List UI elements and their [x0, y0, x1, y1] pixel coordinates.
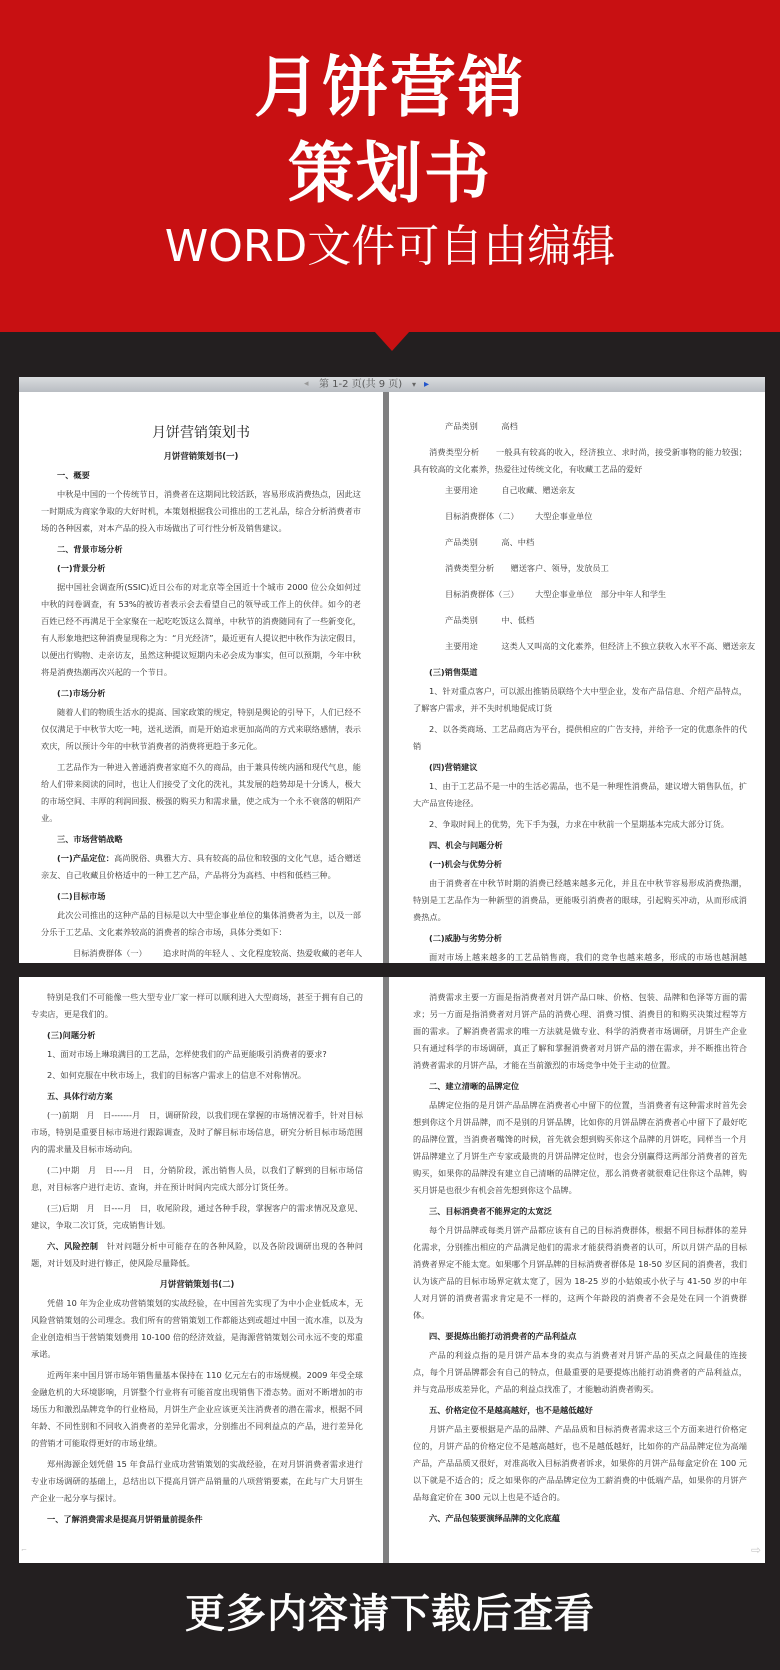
field-value: 高档 — [501, 421, 517, 431]
prev-page-icon[interactable]: ◂ — [304, 377, 309, 392]
spacer — [485, 615, 501, 625]
spacer — [485, 421, 501, 431]
section-heading: (二)目标市场 — [41, 888, 361, 905]
page-content: 一、概要中秋是中国的一个传统节日，消费者在这期间比较活跃，容易形成消费热点，因此… — [41, 467, 361, 962]
document-page-4: 消费需求主要一方面是指消费者对月饼产品口味、价格、包装、品牌和色泽等方面的需求；… — [389, 977, 765, 1563]
section-heading: 四、要提炼出能打动消费者的产品利益点 — [413, 1328, 747, 1345]
banner-subtitle: WORD文件可自由编辑 — [0, 222, 780, 272]
document-title: 月饼营销策划书 — [41, 422, 361, 444]
field-label: 目标消费群体（一） — [57, 945, 147, 962]
field-label: 产品类别 — [429, 418, 485, 435]
section-heading: 一、了解消费需求是提高月饼销量前提条件 — [31, 1511, 363, 1528]
field-row: 主要用途 自己收藏、赠送亲友 — [413, 482, 747, 499]
spacer — [485, 485, 501, 495]
page-dropdown-icon[interactable]: ▾ — [412, 377, 416, 392]
section-heading: 二、建立清晰的品牌定位 — [413, 1078, 747, 1095]
paragraph: 1、针对重点客户，可以派出推销员联络个大中型企业，发布产品信息、介绍产品特点，了… — [413, 683, 747, 717]
field-row: 目标消费群体（一） 追求时尚的年轻人 、文化程度较高、热爱收藏的老年人 — [41, 945, 361, 962]
section-heading: (四)营销建议 — [413, 759, 747, 776]
field-value: 中、低档 — [501, 615, 534, 625]
paragraph-lead: (一)产品定位： — [57, 853, 114, 863]
section-heading: 三、市场营销战略 — [41, 831, 361, 848]
document-page-2: 产品类别 高档消费类型分析 一般具有较高的收入，经济独立、求时尚，接受新事物的能… — [389, 392, 765, 963]
section-heading: (三)销售渠道 — [413, 664, 747, 681]
section-heading: 三、目标消费者不能界定的太宽泛 — [413, 1203, 747, 1220]
document-page-1: 月饼营销策划书 月饼营销策划书(一) 一、概要中秋是中国的一个传统节日，消费者在… — [19, 392, 383, 963]
title-banner: 月饼营销 策划书 WORD文件可自由编辑 — [0, 0, 780, 332]
paragraph: 2、如何克服在中秋市场上，我们的目标客户需求上的信息不对称情况。 — [31, 1067, 363, 1084]
spacer — [485, 641, 501, 651]
paragraph: 面对市场上越来越多的工艺品销售商，我们的竞争也越来越多，形成的市场也越洞越大。 — [413, 949, 747, 963]
paragraph: 2、争取时间上的优势，先下手为强，力求在中秋前一个星期基本完成大部分订货。 — [413, 816, 747, 833]
paragraph-lead: 六、风险控制 — [47, 1241, 98, 1251]
document-viewer: ◂ 第 1-2 页(共 9 页) ▾ ▸ 月饼营销策划书 月饼营销策划书(一) … — [19, 377, 765, 1564]
banner-title-line2: 策划书 — [0, 138, 780, 210]
section-heading: 二、背景市场分析 — [41, 541, 361, 558]
field-value: 自己收藏、赠送亲友 — [501, 485, 575, 495]
section-heading: (二)威胁与劣势分析 — [413, 930, 747, 947]
field-value: 大型企事业单位 — [535, 511, 592, 521]
field-label: 目标消费群体（三） — [429, 586, 519, 603]
paragraph: 月饼产品主要根据是产品的品牌、产品品质和目标消费者需求这三个方面来进行价格定位的… — [413, 1421, 747, 1506]
document-subtitle: 月饼营销策划书(一) — [41, 448, 361, 465]
download-prompt: 更多内容请下载后查看 — [0, 1588, 780, 1640]
field-value: 赠送客户、领导，发放员工 — [511, 563, 609, 573]
paragraph: 由于消费者在中秋节时期的消费已经越来越多元化，并且在中秋节容易形成消费热潮，特别… — [413, 875, 747, 926]
page-content: 产品类别 高档消费类型分析 一般具有较高的收入，经济独立、求时尚，接受新事物的能… — [413, 418, 747, 963]
paragraph: (一)产品定位：高尚脱俗、典雅大方、具有较高的品位和较强的文化气息，适合赠送亲友… — [41, 850, 361, 884]
paragraph: 工艺品作为一种进入普通消费者家庭不久的商品，由于兼具传统内涵和现代气息，能给人们… — [41, 759, 361, 827]
document-subtitle: 月饼营销策划书(二) — [31, 1276, 363, 1293]
paragraph: 随着人们的物质生活水的提高、国家政策的规定，特别是舆论的引导下，人们已经不仅仅满… — [41, 704, 361, 755]
field-label: 目标消费群体（二） — [429, 508, 519, 525]
paragraph: 产品的利益点指的是月饼产品本身的卖点与消费者对月饼产品的买点之间最佳的连接点，每… — [413, 1347, 747, 1398]
section-heading: 五、价格定位不是越高越好，也不是越低越好 — [413, 1402, 747, 1419]
page-content: 特别是我们不可能像一些大型专业厂家一样可以顺利进入大型商场，甚至于拥有自己的专卖… — [31, 989, 363, 1528]
document-page-3: 特别是我们不可能像一些大型专业厂家一样可以顺利进入大型商场，甚至于拥有自己的专卖… — [19, 977, 383, 1563]
section-heading: (三)问题分析 — [31, 1027, 363, 1044]
corner-mark-icon: ⌐ — [21, 1542, 27, 1559]
next-page-arrow-icon[interactable]: ⇨ — [751, 1542, 761, 1559]
section-heading: 一、概要 — [41, 467, 361, 484]
paragraph: 品牌定位指的是月饼产品品牌在消费者心中留下的位置，当消费者有这种需求时首先会想到… — [413, 1097, 747, 1199]
section-heading: 六、产品包装要演绎品牌的文化底蕴 — [413, 1510, 747, 1527]
section-heading: (一)机会与优势分析 — [413, 856, 747, 873]
field-value: 这类人又叫高的文化素养，但经济上不独立获收入水平不高、赠送亲友 — [501, 641, 755, 651]
spacer — [494, 563, 510, 573]
field-row: 产品类别 高、中档 — [413, 534, 747, 551]
field-label: 主要用途 — [429, 482, 485, 499]
page-indicator: 第 1-2 页(共 9 页) — [319, 377, 402, 392]
page-content: 消费需求主要一方面是指消费者对月饼产品口味、价格、包装、品牌和色泽等方面的需求；… — [413, 989, 747, 1527]
paragraph: 1、面对市场上琳琅满目的工艺品，怎样使我们的产品更能吸引消费者的要求? — [31, 1046, 363, 1063]
paragraph: (三)后期 月 日----月 日，收尾阶段，通过各种手段，掌握客户的需求情况及意… — [31, 1200, 363, 1234]
field-row: 产品类别 中、低档 — [413, 612, 747, 629]
paragraph: 中秋是中国的一个传统节日，消费者在这期间比较活跃，容易形成消费热点，因此这一时期… — [41, 486, 361, 537]
paragraph: 每个月饼品牌或每类月饼产品都应该有自己的目标消费群体，根据不同目标群体的差异化需… — [413, 1222, 747, 1324]
next-page-icon[interactable]: ▸ — [424, 377, 429, 392]
paragraph: 特别是我们不可能像一些大型专业厂家一样可以顺利进入大型商场，甚至于拥有自己的专卖… — [31, 989, 363, 1023]
field-label: 产品类别 — [429, 534, 485, 551]
paragraph: (一)前期 月 日-------月 日，调研阶段，以我们现在掌握的市场情况着手，… — [31, 1107, 363, 1158]
field-value: 高、中档 — [501, 537, 534, 547]
banner-pointer-notch — [374, 331, 410, 351]
section-heading: (二)市场分析 — [41, 685, 361, 702]
section-heading: (一)背景分析 — [41, 560, 361, 577]
field-value: 追求时尚的年轻人 、文化程度较高、热爱收藏的老年人 — [163, 948, 362, 958]
paragraph: (二)中期 月 日----月 日，分销阶段，派出销售人员，以我们了解到的目标市场… — [31, 1162, 363, 1196]
spacer — [485, 537, 501, 547]
paragraph: 六、风险控制 针对问题分析中可能存在的各种风险，以及各阶段调研出现的各种问题，对… — [31, 1238, 363, 1272]
spacer — [519, 589, 535, 599]
field-row: 主要用途 这类人又叫高的文化素养，但经济上不独立获收入水平不高、赠送亲友 — [413, 638, 747, 655]
spacer — [519, 511, 535, 521]
field-label: 消费类型分析 — [429, 560, 494, 577]
paragraph: 2、以各类商场、工艺品商店为平台，提供相应的广告支持，并给予一定的优惠条件的代销 — [413, 721, 747, 755]
paragraph: 郑州海源企划凭借 15 年食品行业成功营销策划的实战经验，在对月饼消费者需求进行… — [31, 1456, 363, 1507]
field-label: 产品类别 — [429, 612, 485, 629]
viewer-toolbar: ◂ 第 1-2 页(共 9 页) ▾ ▸ — [19, 377, 765, 392]
paragraph: 据中国社会调查所(SSIC)近日公布的对北京等全国近十个城市 2000 位公众如… — [41, 579, 361, 681]
section-heading: 五、具体行动方案 — [31, 1088, 363, 1105]
paragraph: 消费类型分析 一般具有较高的收入，经济独立、求时尚，接受新事物的能力较强；具有较… — [413, 444, 747, 478]
paragraph: 凭借 10 年为企业成功营销策划的实战经验，在中国首先实现了为中小企业低成本，无… — [31, 1295, 363, 1363]
field-row: 消费类型分析 赠送客户、领导，发放员工 — [413, 560, 747, 577]
spacer — [147, 948, 163, 958]
paragraph: 此次公司推出的这种产品的目标是以大中型企事业单位的集体消费者为主，以及一部分乐于… — [41, 907, 361, 941]
field-row: 产品类别 高档 — [413, 418, 747, 435]
paragraph: 近两年来中国月饼市场年销售量基本保持在 110 亿元左右的市场规模。2009 年… — [31, 1367, 363, 1452]
paragraph: 1、由于工艺品不是一中的生活必需品，也不是一种理性消费品，建议增大销售队伍，扩大… — [413, 778, 747, 812]
field-label: 主要用途 — [429, 638, 485, 655]
paragraph: 消费需求主要一方面是指消费者对月饼产品口味、价格、包装、品牌和色泽等方面的需求；… — [413, 989, 747, 1074]
section-heading: 四、机会与问题分析 — [413, 837, 747, 854]
field-row: 目标消费群体（三） 大型企事业单位 部分中年人和学生 — [413, 586, 747, 603]
banner-title-line1: 月饼营销 — [0, 52, 780, 124]
field-row: 目标消费群体（二） 大型企事业单位 — [413, 508, 747, 525]
field-value: 大型企事业单位 部分中年人和学生 — [535, 589, 666, 599]
